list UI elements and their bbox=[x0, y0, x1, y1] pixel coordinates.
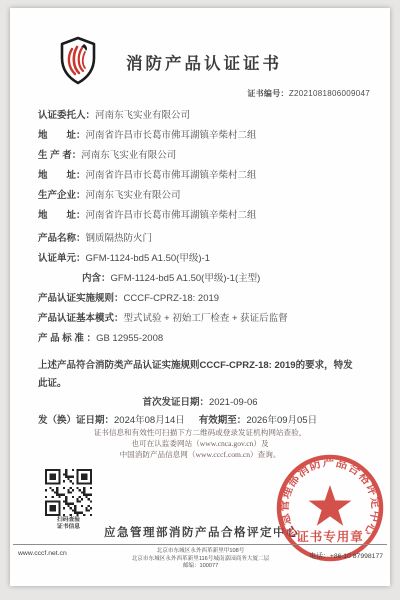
footer-divider bbox=[13, 544, 387, 545]
field-row-included-model: 内含：GFM-1124-bd5 A1.50(甲级)-1(主型) bbox=[38, 270, 372, 290]
field-row-applicant: 认证委托人：河南东飞实业有限公司 bbox=[38, 107, 372, 127]
qr-caption: 扫码查验 证书信息 bbox=[40, 517, 97, 531]
seal-star-icon bbox=[309, 485, 352, 526]
certificate-title: 消防产品认证证书 bbox=[126, 50, 282, 74]
seal-center-text: 证书专用章 bbox=[296, 529, 364, 544]
conformity-statement: 上述产品符合消防类产品认证实施规则CCCF-CPRZ-18: 2019的要求，特… bbox=[38, 357, 372, 393]
field-row-basic-mode: 产品认证基本模式：型式试验 + 初始工厂检查 + 获证后监督 bbox=[38, 310, 372, 330]
first-issue-date-line: 首次发证日期：2021-09-06 bbox=[10, 394, 390, 408]
field-row-product-name: 产品名称：钢质隔热防火门 bbox=[38, 230, 372, 250]
certificate-page: 消防产品认证证书 证书编号：Z2021081806009047 认证委托人：河南… bbox=[10, 8, 390, 586]
footer-website: www.cccf.net.cn bbox=[18, 550, 67, 557]
qr-code bbox=[45, 469, 92, 516]
field-row-address: 地 址：河南省许昌市长葛市佛耳湖镇辛柴村二组 bbox=[38, 127, 372, 147]
certificate-number-label: 证书编号： bbox=[247, 89, 289, 98]
certificate-fields: 认证委托人：河南东飞实业有限公司 地 址：河南省许昌市长葛市佛耳湖镇辛柴村二组 … bbox=[38, 107, 372, 350]
field-row-address: 地 址：河南省许昌市长葛市佛耳湖镇辛柴村二组 bbox=[38, 167, 372, 187]
issue-validity-line: 发（换）证日期：2024年08月14日有效期至：2026年09月05日 bbox=[38, 412, 317, 426]
certificate-number: 证书编号：Z2021081806009047 bbox=[247, 88, 370, 99]
field-row-manufacturer: 生产企业：河南东飞实业有限公司 bbox=[38, 187, 372, 207]
footer-address: 北京市东城区永外西革新里甲108号 北京市东城区永外西革新里116号城南嘉园商务… bbox=[98, 548, 303, 571]
issuing-organization-name: 应急管理部消防产品合格评定中心 bbox=[104, 524, 299, 540]
certificate-number-value: Z2021081806009047 bbox=[289, 89, 370, 98]
field-row-product-standard: 产 品 标 准 ：GB 12955-2008 bbox=[38, 330, 372, 350]
field-row-address: 地 址：河南省许昌市长葛市佛耳湖镇辛柴村二组 bbox=[38, 207, 372, 227]
field-row-producer: 生 产 者：河南东飞实业有限公司 bbox=[38, 147, 372, 167]
field-row-implementation-rule: 产品认证实施规则：CCCF-CPRZ-18: 2019 bbox=[38, 290, 372, 310]
field-row-cert-unit: 认证单元：GFM-1124-bd5 A1.50(甲级)-1 bbox=[38, 250, 372, 270]
footer-phone: 电话：+86 10 87998177 bbox=[310, 550, 384, 560]
fire-shield-logo-icon bbox=[58, 36, 98, 86]
